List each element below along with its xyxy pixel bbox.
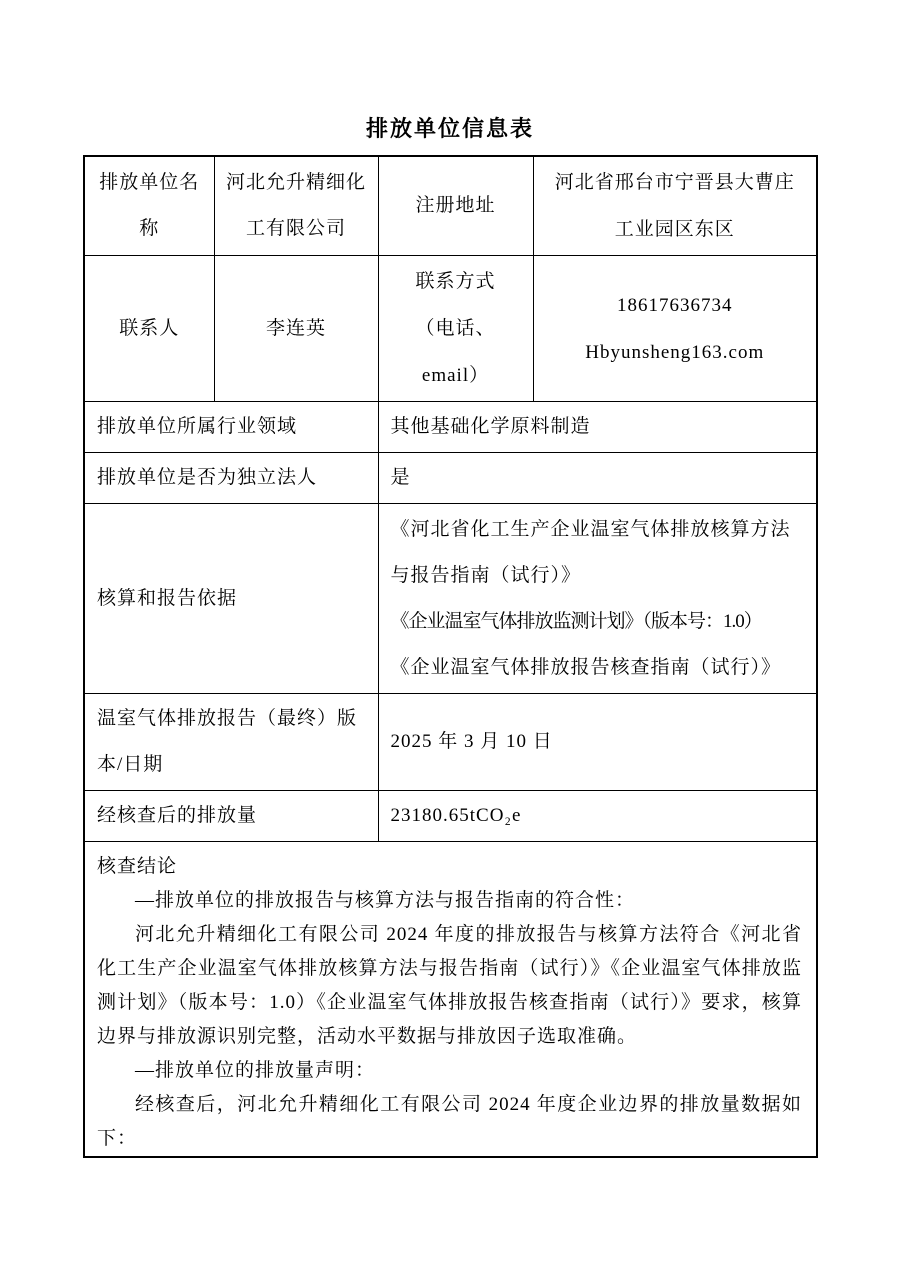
contact-phone: 18617636734	[539, 282, 812, 329]
emission-unit-info-table: 排放单位名称 河北允升精细化工有限公司 注册地址 河北省邢台市宁晋县大曹庄工业园…	[83, 155, 818, 1158]
contact-method-label: 联系方式 （电话、 email）	[378, 256, 533, 402]
row-legal-entity: 排放单位是否为独立法人 是	[84, 453, 817, 504]
legal-entity-value: 是	[378, 453, 817, 504]
verified-emissions-value: 23180.65tCO₂e	[378, 791, 817, 842]
accounting-basis-ref-1: 《河北省化工生产企业温室气体排放核算方法与报告指南（试行）》	[391, 507, 805, 599]
conclusion-paragraph-4: 经核查后，河北允升精细化工有限公司 2024 年度企业边界的排放量数据如下：	[97, 1088, 802, 1156]
accounting-basis-ref-2: 《企业温室气体排放监测计划》（版本号：1.0）	[391, 599, 805, 645]
industry-label: 排放单位所属行业领域	[84, 402, 378, 453]
row-verified-emissions: 经核查后的排放量 23180.65tCO₂e	[84, 791, 817, 842]
contact-value: 李连英	[214, 256, 378, 402]
row-accounting-basis: 核算和报告依据 《河北省化工生产企业温室气体排放核算方法与报告指南（试行）》 《…	[84, 504, 817, 694]
contact-label: 联系人	[84, 256, 214, 402]
registered-address-value: 河北省邢台市宁晋县大曹庄工业园区东区	[549, 159, 801, 253]
verification-conclusion-cell: 核查结论 —排放单位的排放报告与核算方法与报告指南的符合性： 河北允升精细化工有…	[84, 842, 817, 1158]
row-conclusion: 核查结论 —排放单位的排放报告与核算方法与报告指南的符合性： 河北允升精细化工有…	[84, 842, 817, 1158]
registered-address-label: 注册地址	[378, 156, 533, 256]
document-page: 排放单位信息表 排放单位名称 河北允升精细化工有限公司 注册地址 河北省邢台市宁…	[0, 0, 900, 1273]
legal-entity-label: 排放单位是否为独立法人	[84, 453, 378, 504]
report-version-label: 温室气体排放报告（最终）版本/日期	[84, 694, 378, 791]
accounting-basis-label: 核算和报告依据	[84, 504, 378, 694]
industry-value: 其他基础化学原料制造	[378, 402, 817, 453]
conclusion-paragraph-3: —排放单位的排放量声明：	[97, 1054, 802, 1088]
contact-method-line-1: 联系方式	[384, 258, 528, 305]
document-title: 排放单位信息表	[0, 112, 900, 143]
report-version-value: 2025 年 3 月 10 日	[378, 694, 817, 791]
conclusion-title: 核查结论	[97, 850, 802, 884]
row-report-version: 温室气体排放报告（最终）版本/日期 2025 年 3 月 10 日	[84, 694, 817, 791]
contact-method-line-3: email）	[384, 352, 528, 399]
conclusion-paragraph-2: 河北允升精细化工有限公司 2024 年度的排放报告与核算方法符合《河北省化工生产…	[97, 918, 802, 1054]
registered-address-cell: 河北省邢台市宁晋县大曹庄工业园区东区	[533, 156, 817, 256]
conclusion-paragraph-1: —排放单位的排放报告与核算方法与报告指南的符合性：	[97, 884, 802, 918]
contact-method-value: 18617636734 Hbyunsheng163.com	[533, 256, 817, 402]
unit-name-value: 河北允升精细化工有限公司	[214, 156, 378, 256]
accounting-basis-ref-3: 《企业温室气体排放报告核查指南（试行）》	[391, 645, 805, 691]
contact-email: Hbyunsheng163.com	[539, 329, 812, 376]
accounting-basis-value: 《河北省化工生产企业温室气体排放核算方法与报告指南（试行）》 《企业温室气体排放…	[378, 504, 817, 694]
unit-name-label: 排放单位名称	[84, 156, 214, 256]
row-unit-name: 排放单位名称 河北允升精细化工有限公司 注册地址 河北省邢台市宁晋县大曹庄工业园…	[84, 156, 817, 256]
row-industry: 排放单位所属行业领域 其他基础化学原料制造	[84, 402, 817, 453]
verified-emissions-label: 经核查后的排放量	[84, 791, 378, 842]
row-contact: 联系人 李连英 联系方式 （电话、 email） 18617636734 Hby…	[84, 256, 817, 402]
contact-method-line-2: （电话、	[384, 305, 528, 352]
